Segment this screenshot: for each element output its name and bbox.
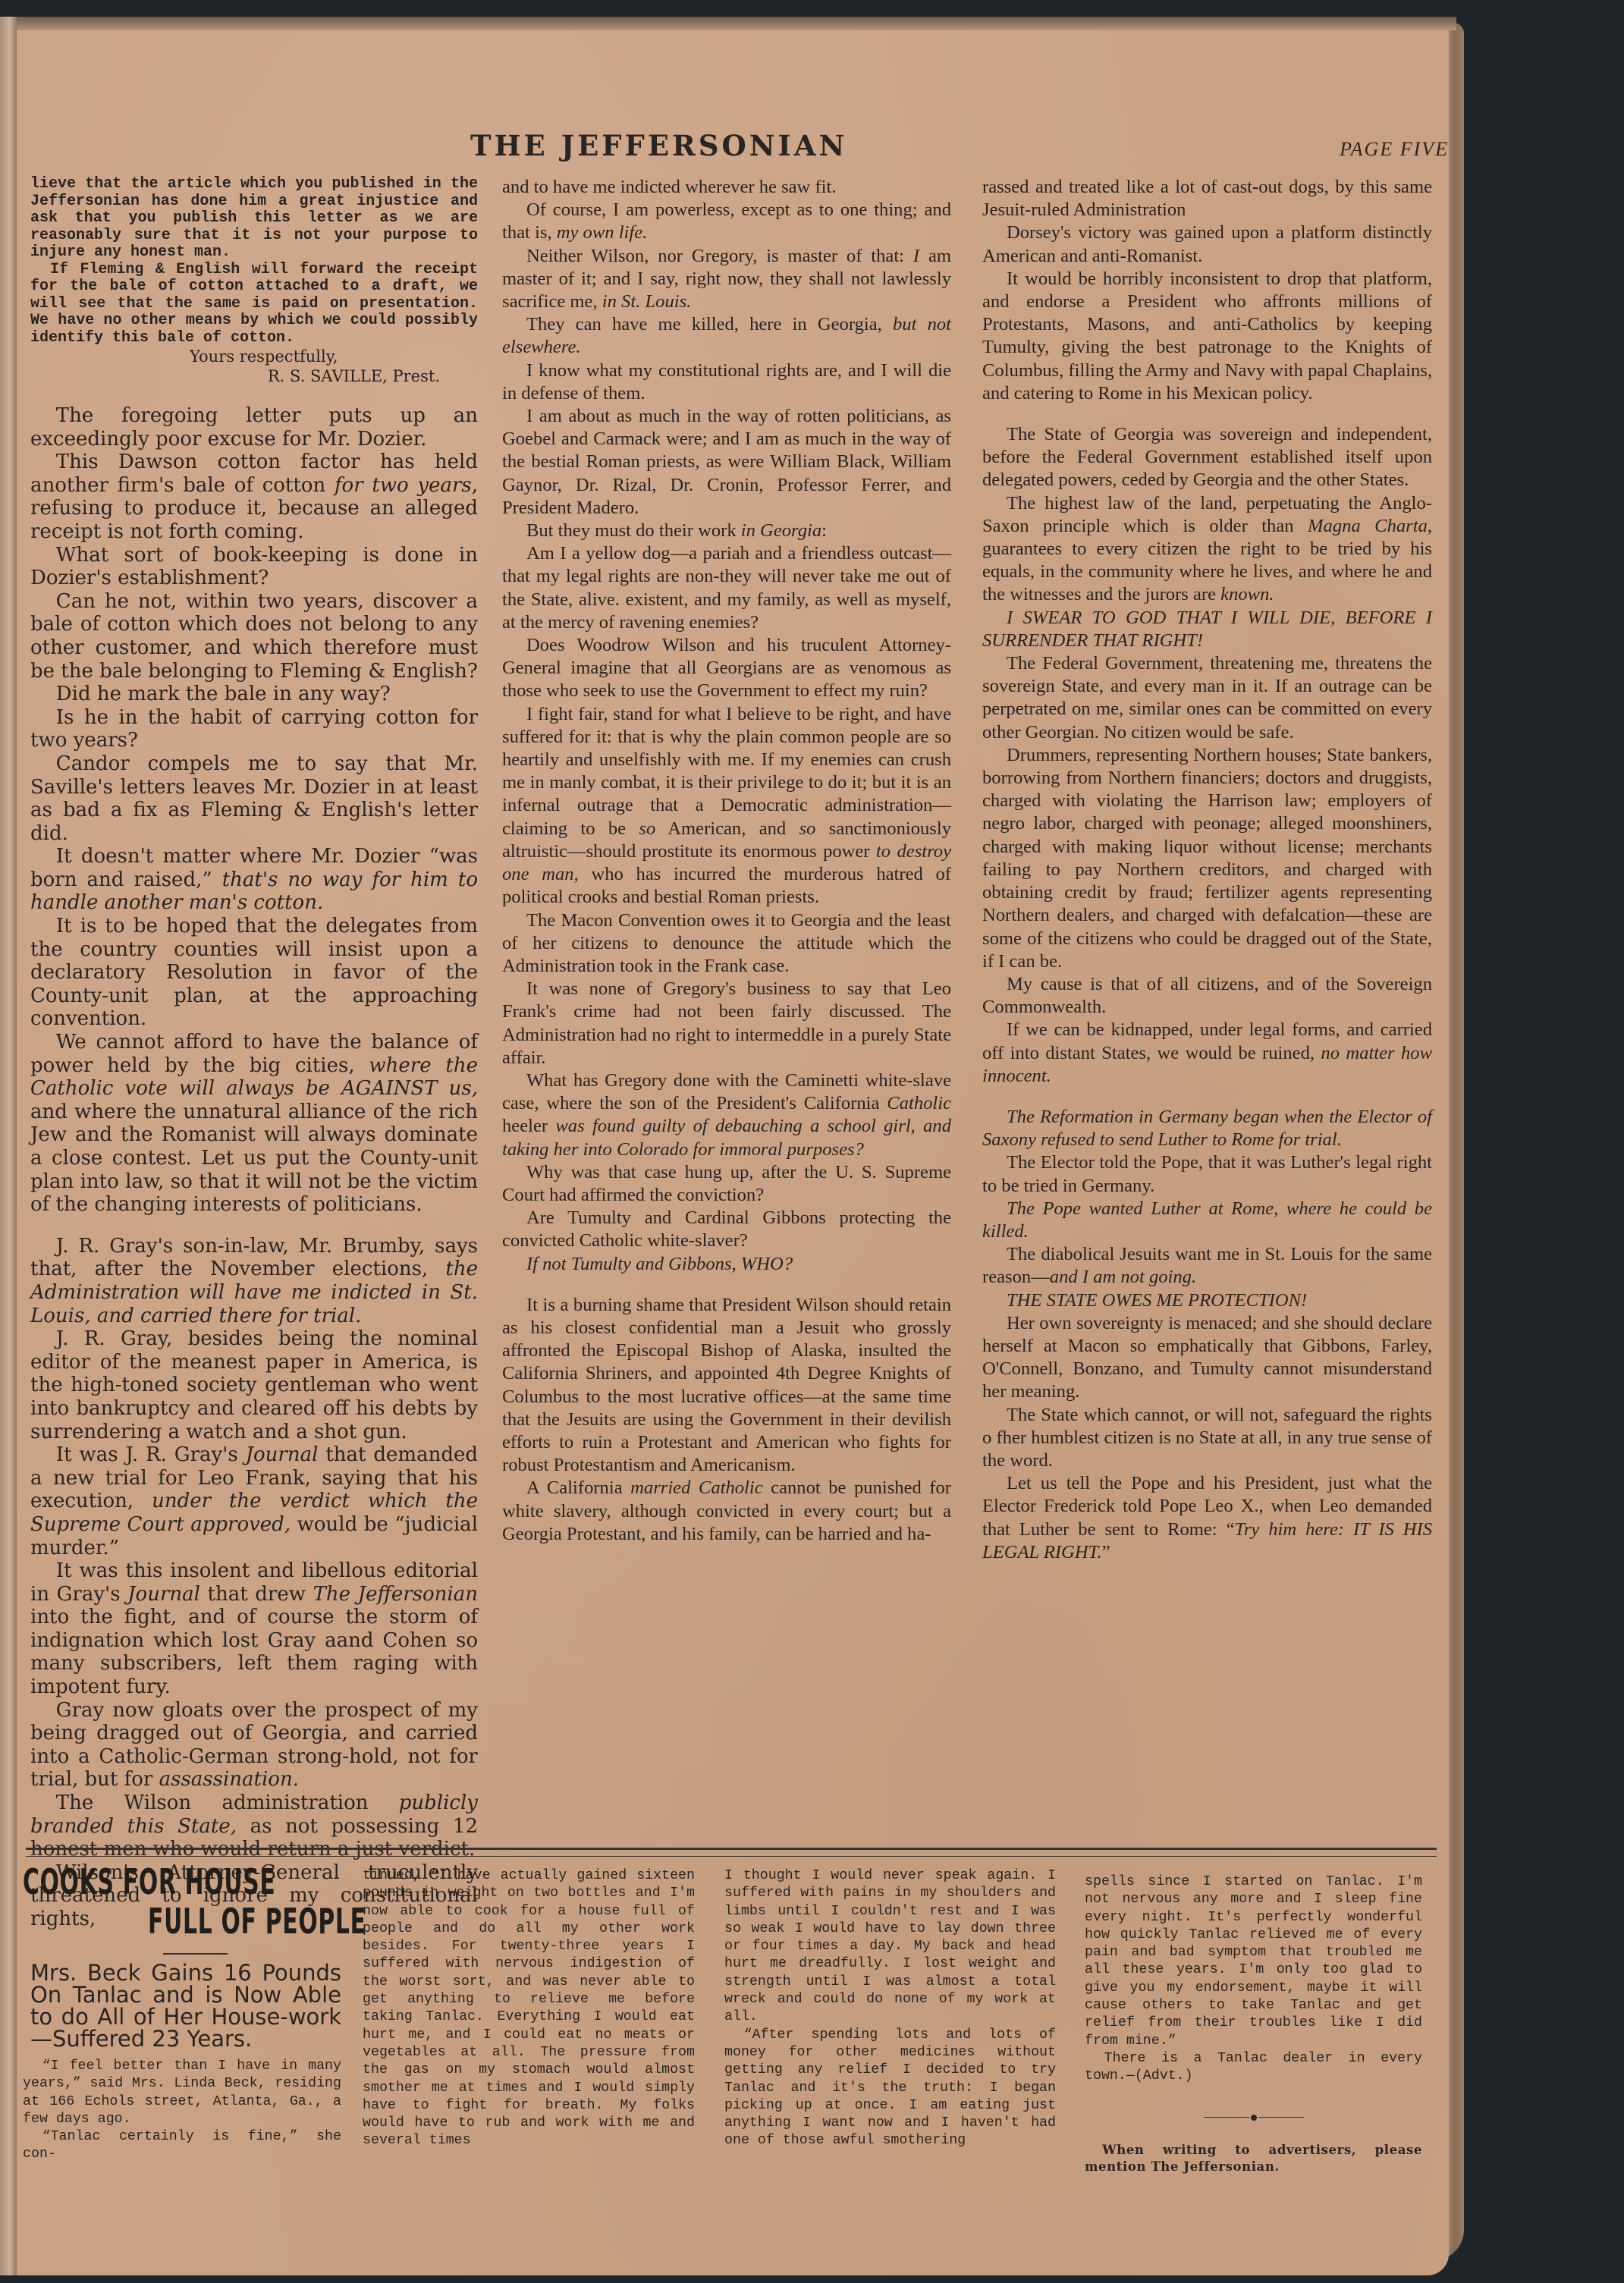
article-paragraph: We cannot afford to have the balance of … xyxy=(30,1031,478,1217)
italic-emphasis: so xyxy=(799,818,816,839)
article-paragraph: My cause is that of all citizens, and of… xyxy=(982,973,1432,1019)
article-paragraph: It would be horribly inconsistent to dro… xyxy=(982,268,1432,405)
article-paragraph: I know what my constitutional rights are… xyxy=(502,360,951,405)
right-column-body: rassed and treated like a lot of cast-ou… xyxy=(982,176,1432,1564)
article-paragraph: Gray now gloats over the prospect of my … xyxy=(30,1699,478,1792)
ad-column-1: COOKS FOR HOUSE FULL OF PEOPLE Mrs. Beck… xyxy=(23,1862,341,2164)
article-paragraph: Let us tell the Pope and his President, … xyxy=(982,1472,1432,1564)
italic-emphasis: Journal xyxy=(246,1443,319,1466)
top-edge-shadow xyxy=(0,17,1456,30)
ad-headline-line2: FULL OF PEOPLE xyxy=(148,1901,287,1941)
article-paragraph: Am I a yellow dog—a pariah and a friendl… xyxy=(502,542,951,634)
article-paragraph: The Elector told the Pope, that it was L… xyxy=(982,1151,1432,1197)
ad-paragraph: “After spending lots and lots of money f… xyxy=(724,2027,1056,2150)
article-paragraph: The highest law of the land, perpetuatin… xyxy=(982,492,1432,607)
left-column: lieve that the article which you publish… xyxy=(30,176,478,1931)
article-paragraph: The Federal Government, threatening me, … xyxy=(982,652,1432,744)
italic-emphasis: was found guilty of debauching a school … xyxy=(502,1116,951,1159)
italic-emphasis: I xyxy=(913,246,919,266)
ad-paragraph: tinued, “I have actually gained sixteen … xyxy=(363,1867,695,2150)
ad-paragraph: There is a Tanlac dealer in every town.—… xyxy=(1085,2050,1422,2086)
advertiser-notice: When writing to advertisers, please ment… xyxy=(1085,2142,1422,2175)
page-number: PAGE FIVE xyxy=(1340,138,1449,161)
italic-emphasis: in Georgia xyxy=(741,520,821,541)
ad-paragraph: “Tanlac certainly is fine,” she con- xyxy=(23,2128,341,2164)
article-paragraph: Did he mark the bale in any way? xyxy=(30,683,478,706)
ad-column-3: I thought I would never speak again. I s… xyxy=(724,1867,1056,2150)
article-paragraph: The Macon Convention owes it to Georgia … xyxy=(502,909,951,978)
article-paragraph: Why was that case hung up, after the U. … xyxy=(502,1161,951,1207)
article-paragraph: This Dawson cotton factor has held anoth… xyxy=(30,451,478,543)
middle-column: and to have me indicted wherever he saw … xyxy=(502,176,951,1546)
ornament-divider xyxy=(1085,2115,1422,2121)
article-paragraph: Neither Wilson, nor Gregory, is master o… xyxy=(502,245,951,314)
article-paragraph: The State which cannot, or will not, saf… xyxy=(982,1404,1432,1473)
article-paragraph: The Pope wanted Luther at Rome, where he… xyxy=(982,1198,1432,1243)
article-paragraph: I am about as much in the way of rotten … xyxy=(502,405,951,520)
article-paragraph: They can have me killed, here in Georgia… xyxy=(502,313,951,359)
ad-paragraph: spells since I started on Tanlac. I'm no… xyxy=(1085,1873,1422,2050)
ad-paragraph: “I feel better than I have in many years… xyxy=(23,2058,341,2128)
article-paragraph: It was this insolent and libellous edito… xyxy=(30,1559,478,1699)
article-paragraph: I SWEAR TO GOD THAT I WILL DIE, BEFORE I… xyxy=(982,607,1432,652)
italic-emphasis: and I am not going. xyxy=(1050,1267,1196,1287)
article-paragraph: Does Woodrow Wilson and his truculent At… xyxy=(502,634,951,703)
italic-emphasis: Journal xyxy=(127,1583,200,1606)
article-paragraph: The State of Georgia was sovereign and i… xyxy=(982,423,1432,492)
letter-paragraph: lieve that the article which you publish… xyxy=(30,176,478,262)
article-paragraph: Can he not, within two years, discover a… xyxy=(30,590,478,683)
italic-emphasis: The Pope wanted Luther at Rome, where he… xyxy=(982,1198,1432,1242)
article-paragraph: rassed and treated like a lot of cast-ou… xyxy=(982,176,1432,221)
article-paragraph: I fight fair, stand for what I believe t… xyxy=(502,703,951,909)
article-paragraph: The Reformation in Germany began when th… xyxy=(982,1106,1432,1151)
left-column-body: The foregoing letter puts up an exceedin… xyxy=(30,404,478,1931)
italic-emphasis: If not Tumulty and Gibbons, WHO? xyxy=(526,1254,793,1274)
article-paragraph: If we can be kidnapped, under legal form… xyxy=(982,1019,1432,1088)
italic-emphasis: THE STATE OWES ME PROTECTION! xyxy=(1007,1290,1307,1311)
saville-letter: lieve that the article which you publish… xyxy=(30,176,478,347)
article-paragraph: What has Gregory done with the Caminetti… xyxy=(502,1069,951,1161)
section-divider-rule xyxy=(26,1848,1437,1857)
article-paragraph: A California married Catholic cannot be … xyxy=(502,1477,951,1546)
article-paragraph: THE STATE OWES ME PROTECTION! xyxy=(982,1289,1432,1312)
article-paragraph: Is he in the habit of carrying cotton fo… xyxy=(30,706,478,752)
article-paragraph: Of course, I am powerless, except as to … xyxy=(502,199,951,244)
ad-column-4: spells since I started on Tanlac. I'm no… xyxy=(1085,1873,1422,2175)
italic-emphasis: so xyxy=(639,818,655,839)
article-paragraph: What sort of book-keeping is done in Doz… xyxy=(30,544,478,590)
italic-emphasis: for two years xyxy=(335,474,472,497)
newspaper-title: THE JEFFERSONIAN xyxy=(470,129,847,162)
article-paragraph: If not Tumulty and Gibbons, WHO? xyxy=(502,1253,951,1276)
article-paragraph: Drummers, representing Northern houses; … xyxy=(982,744,1432,973)
ad-divider xyxy=(163,1953,228,1955)
letter-paragraph: If Fleming & English will forward the re… xyxy=(30,262,478,347)
italic-emphasis: in St. Louis. xyxy=(602,291,692,312)
article-paragraph: It doesn't matter where Mr. Dozier “was … xyxy=(30,845,478,915)
ad-subheadline: Mrs. Beck Gains 16 Pounds On Tanlac and … xyxy=(23,1962,341,2050)
article-paragraph: It was J. R. Gray's Journal that demande… xyxy=(30,1443,478,1559)
ad-column-2: tinued, “I have actually gained sixteen … xyxy=(363,1867,695,2150)
article-paragraph: It is to be hoped that the delegates fro… xyxy=(30,915,478,1031)
masthead: THE JEFFERSONIAN PAGE FIVE xyxy=(470,129,1449,167)
article-paragraph: It was none of Gregory's business to say… xyxy=(502,978,951,1069)
right-column: rassed and treated like a lot of cast-ou… xyxy=(982,176,1432,1564)
italic-emphasis: my own life. xyxy=(557,222,648,243)
article-paragraph: It is a burning shame that President Wil… xyxy=(502,1294,951,1478)
italic-emphasis: married Catholic xyxy=(630,1478,762,1498)
italic-emphasis: The Reformation in Germany began when th… xyxy=(982,1107,1432,1150)
letter-signature: R. S. SAVILLE, Prest. xyxy=(30,366,478,386)
article-paragraph: and to have me indicted wherever he saw … xyxy=(502,176,951,199)
article-paragraph: J. R. Gray's son-in-law, Mr. Brumby, say… xyxy=(30,1235,478,1327)
italic-emphasis: known. xyxy=(1220,584,1274,605)
bullet-ornament-icon xyxy=(1251,2115,1257,2121)
article-paragraph: But they must do their work in Georgia: xyxy=(502,520,951,542)
article-paragraph: Are Tumulty and Cardinal Gibbons protect… xyxy=(502,1207,951,1252)
italic-emphasis: Catholic xyxy=(887,1093,951,1113)
italic-emphasis: I SWEAR TO GOD THAT I WILL DIE, BEFORE I… xyxy=(982,608,1432,651)
italic-emphasis: Magna Charta, xyxy=(1308,516,1432,536)
article-paragraph: Candor compels me to say that Mr. Savill… xyxy=(30,752,478,845)
article-paragraph: The foregoing letter puts up an exceedin… xyxy=(30,404,478,451)
ad-paragraph: I thought I would never speak again. I s… xyxy=(724,1867,1056,2027)
article-paragraph: Dorsey's victory was gained upon a platf… xyxy=(982,221,1432,267)
italic-emphasis: assassination. xyxy=(159,1768,299,1791)
article-paragraph: Her own sovereignty is menaced; and she … xyxy=(982,1312,1432,1404)
letter-closing: Yours respectfully, xyxy=(30,347,478,366)
ad-headline-line1: COOKS FOR HOUSE xyxy=(23,1862,252,1901)
italic-emphasis: The Jeffersonian xyxy=(313,1583,478,1606)
article-paragraph: The diabolical Jesuits want me in St. Lo… xyxy=(982,1243,1432,1289)
middle-column-body: and to have me indicted wherever he saw … xyxy=(502,176,951,1546)
article-paragraph: J. R. Gray, besides being the nominal ed… xyxy=(30,1327,478,1443)
book-binding xyxy=(0,17,17,2275)
